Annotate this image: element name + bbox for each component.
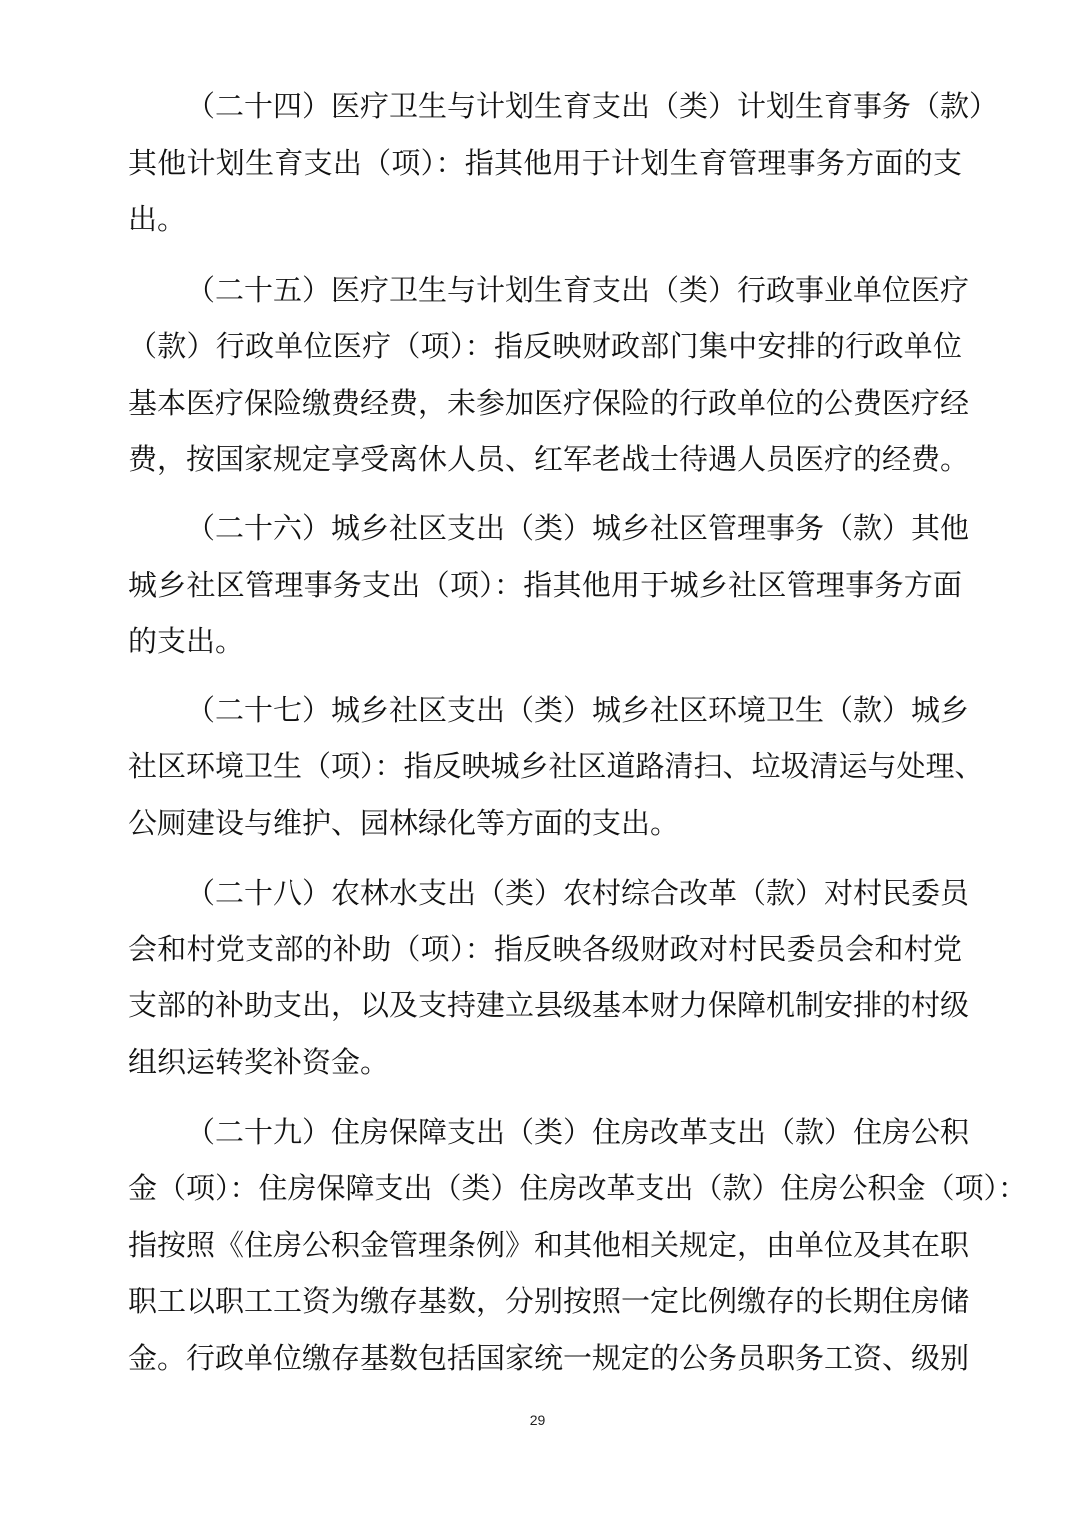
paragraph-25-line-4: 费，按国家规定享受离休人员、红军老战士待遇人员医疗的经费。 [128,439,962,479]
page-number: 29 [0,1412,1075,1428]
paragraph-28-line-2: 会和村党支部的补助（项）：指反映各级财政对村民委员会和村党 [128,929,962,969]
paragraph-27-line-1: （二十七）城乡社区支出（类）城乡社区环境卫生（款）城乡 [186,690,962,730]
paragraph-28-line-4: 组织运转奖补资金。 [128,1042,962,1082]
paragraph-29-line-2: 金（项）：住房保障支出（类）住房改革支出（款）住房公积金（项）： [128,1168,962,1208]
paragraph-24-line-3: 出。 [128,199,962,239]
paragraph-25-line-1: （二十五）医疗卫生与计划生育支出（类）行政事业单位医疗 [186,270,962,310]
paragraph-28-line-1: （二十八）农林水支出（类）农村综合改革（款）对村民委员 [186,873,962,913]
paragraph-24-line-1: （二十四）医疗卫生与计划生育支出（类）计划生育事务（款） [186,86,962,126]
document-page: （二十四）医疗卫生与计划生育支出（类）计划生育事务（款） 其他计划生育支出（项）… [0,0,1075,1519]
paragraph-25-line-2: （款）行政单位医疗（项）：指反映财政部门集中安排的行政单位 [128,326,962,366]
paragraph-25-line-3: 基本医疗保险缴费经费，未参加医疗保险的行政单位的公费医疗经 [128,383,962,423]
paragraph-28-line-3: 支部的补助支出，以及支持建立县级基本财力保障机制安排的村级 [128,985,962,1025]
paragraph-26-line-1: （二十六）城乡社区支出（类）城乡社区管理事务（款）其他 [186,508,962,548]
paragraph-26-line-2: 城乡社区管理事务支出（项）：指其他用于城乡社区管理事务方面 [128,565,962,605]
paragraph-24-line-2: 其他计划生育支出（项）：指其他用于计划生育管理事务方面的支 [128,143,962,183]
paragraph-29-line-4: 职工以职工工资为缴存基数，分别按照一定比例缴存的长期住房储 [128,1281,962,1321]
paragraph-27-line-3: 公厕建设与维护、园林绿化等方面的支出。 [128,803,962,843]
paragraph-26-line-3: 的支出。 [128,621,962,661]
paragraph-29-line-1: （二十九）住房保障支出（类）住房改革支出（款）住房公积 [186,1112,962,1152]
paragraph-27-line-2: 社区环境卫生（项）：指反映城乡社区道路清扫、垃圾清运与处理、 [128,746,962,786]
paragraph-29-line-5: 金。行政单位缴存基数包括国家统一规定的公务员职务工资、级别 [128,1338,962,1378]
paragraph-29-line-3: 指按照《住房公积金管理条例》和其他相关规定，由单位及其在职 [128,1225,962,1265]
